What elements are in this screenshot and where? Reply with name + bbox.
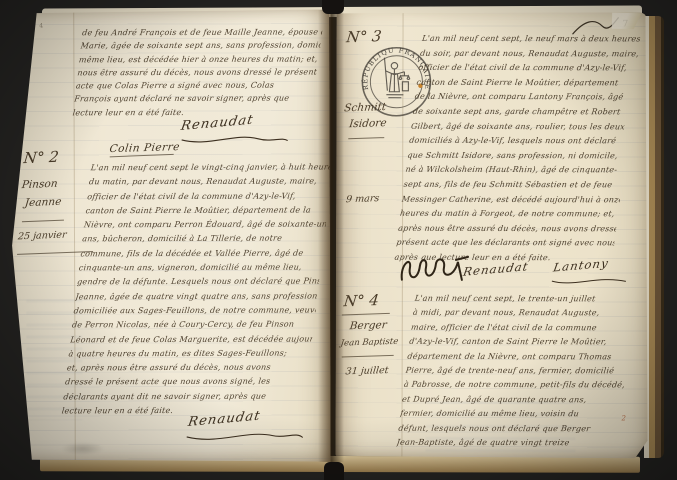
manuscript-line: acte que Colas Pierre a signé avec nous,… <box>75 79 317 93</box>
pencil-number-mark: 2 <box>622 414 626 422</box>
manuscript-line: ans, bûcheron, domicilié à La Tillerie, … <box>81 232 325 247</box>
manuscript-line: fermier, domicilié au même lieu, voisin … <box>399 407 623 422</box>
manuscript-line: L'an mil neuf cent sept, le neuf mars à … <box>421 32 641 47</box>
act2-text: L'an mil neuf cent sept le vingt-cinq ja… <box>61 160 334 418</box>
manuscript-line: de feu André François et de feue Maille … <box>81 25 323 39</box>
manuscript-line: commune, fils de la décédée et Vallée Pi… <box>80 246 324 261</box>
manuscript-line: Léonard et de feue Colas Marguerite, est… <box>69 332 313 347</box>
act3-text: L'an mil neuf cent sept, le neuf mars à … <box>394 32 641 266</box>
signature-flourish <box>550 274 628 288</box>
act-closing-text: de feu André François et de feue Maille … <box>72 25 323 119</box>
manuscript-line: après nous être assuré du décès, nous av… <box>397 221 617 236</box>
manuscript-line: domiciliée aux Sages-Feuillons, de notre… <box>73 303 317 318</box>
manuscript-line: lecture leur en a été faite. <box>61 404 305 419</box>
manuscript-line: sept ans, fils de feu Schmitt Sébastien … <box>403 178 623 193</box>
manuscript-line: gendre de la défunte. Lesquels nous ont … <box>76 275 320 290</box>
act2-number: N° 2 <box>23 148 60 167</box>
manuscript-line: et, après nous être assuré du décès, nou… <box>66 361 310 376</box>
manuscript-line: à Pabrosse, de notre commune, petit-fils… <box>403 378 627 393</box>
manuscript-line: à midi, par devant nous, Renaudat August… <box>412 306 636 321</box>
manuscript-line: d'Azy-le-Vif, canton de Saint Pierre le … <box>408 335 632 350</box>
manuscript-line: officier de l'état civil de la commune d… <box>417 61 637 76</box>
manuscript-line: département de la Nièvre, ont comparu Th… <box>407 349 631 364</box>
manuscript-line: nous être assuré du décès, nous avons dr… <box>77 65 319 79</box>
act4-text: L'an mil neuf cent sept, le trente-un ju… <box>396 292 638 451</box>
manuscript-line: L'an mil neuf cent sept, le trente-un ju… <box>414 292 638 307</box>
corner-mark: 4 <box>39 22 43 29</box>
marianne-figure <box>384 58 409 98</box>
manuscript-line: Jean-Baptiste, âgé de quatre vingt treiz… <box>396 436 620 451</box>
manuscript-line: né à Wilckolsheim (Haut-Rhin), âgé de ci… <box>405 163 625 178</box>
manuscript-line: domiciliés à Azy-le-Vif, lesquels nous o… <box>408 134 628 149</box>
act4-number: N° 4 <box>343 291 380 310</box>
manuscript-line: L'an mil neuf cent sept le vingt-cinq ja… <box>90 160 334 175</box>
act3-margin-name1: Schmitt <box>344 101 387 114</box>
pencil-smudge <box>61 442 105 455</box>
manuscript-line: à quatre heures du matin, es dites Sages… <box>68 346 312 361</box>
manuscript-line: Gilbert, âgé de soixante ans, roulier, t… <box>410 119 630 134</box>
manuscript-line: du matin, par devant nous, Renaudat Augu… <box>88 175 332 190</box>
manuscript-line: canton de Saint Pierre le Moûtier, dépar… <box>85 203 329 218</box>
register-right-page: 7 N° 3 RÉPUBLIQUE FRANÇAISE Schmitt Isid… <box>335 12 648 459</box>
margin-divider <box>342 355 394 358</box>
manuscript-line: Jeanne, âgée de quatre vingt quatre ans,… <box>74 289 318 304</box>
manuscript-line: dressé le présent acte que nous avons si… <box>64 375 308 390</box>
manuscript-line: défunt, lesquels nous ont déclaré que Be… <box>398 421 622 436</box>
act2-margin-name2: Jeanne <box>24 196 62 209</box>
margin-divider <box>348 137 384 139</box>
manuscript-line: de Perron Nicolas, née à Coury-Cercy, de… <box>71 318 315 333</box>
manuscript-line: de soixante sept ans, garde champêtre et… <box>412 105 632 120</box>
manuscript-line: cinquante-un ans, vigneron, domicilié au… <box>78 261 322 276</box>
curled-page-corner <box>612 13 646 30</box>
act4-margin-date: 31 juillet <box>345 365 389 377</box>
manuscript-line: Nièvre, ont comparu Perron Édouard, âgé … <box>83 218 327 233</box>
margin-divider <box>22 220 64 223</box>
manuscript-line: et Dupré Jean, âgé de quarante quatre an… <box>401 393 625 408</box>
manuscript-line: même lieu, est décédée hier à onze heure… <box>78 52 320 66</box>
manuscript-line: de la Nièvre, ont comparu Lantony Franço… <box>414 90 634 105</box>
register-left-page: 4 de feu André François et de feue Maill… <box>11 9 331 462</box>
paraph-flourish <box>398 254 470 286</box>
signature-flourish <box>180 132 290 148</box>
margin-divider <box>342 313 390 316</box>
signature-flourish <box>185 428 305 446</box>
manuscript-line: que Schmitt Isidore, sans profession, ni… <box>406 149 626 164</box>
manuscript-line: François ayant déclaré ne savoir signer,… <box>73 92 315 106</box>
manuscript-line: heures du matin à Forgeot, de notre comm… <box>399 207 619 222</box>
manuscript-line: présent acte que les déclarants ont sign… <box>395 236 615 251</box>
manuscript-line: Marie, âgée de soixante sept ans, sans p… <box>80 39 322 53</box>
act4-margin-name2: Jean Baptiste <box>340 337 399 349</box>
manuscript-line: maire, officier de l'état civil de la co… <box>410 321 634 336</box>
manuscript-line: du soir, par devant nous, Renaudat Augus… <box>419 46 639 61</box>
act4-margin-name1: Berger <box>349 319 387 332</box>
manuscript-line: Pierre, âgé de trente-neuf ans, fermier,… <box>405 364 629 379</box>
binding-notch-bottom <box>324 462 344 480</box>
manuscript-line: Messinger Catherine, est décédé aujourd'… <box>401 192 621 207</box>
act3-margin-name2: Isidore <box>349 117 388 130</box>
act3-margin-date: 9 mars <box>345 193 379 205</box>
binding-notch-top <box>322 0 344 14</box>
manuscript-line: canton de Saint Pierre le Moûtier, dépar… <box>416 76 636 91</box>
manuscript-line: officier de l'état civil de la commune d… <box>86 189 330 204</box>
act2-margin-date: 25 janvier <box>17 230 67 243</box>
manuscript-line: déclarants ayant dit ne savoir signer, a… <box>63 389 307 404</box>
act2-margin-name1: Pinson <box>21 178 58 191</box>
